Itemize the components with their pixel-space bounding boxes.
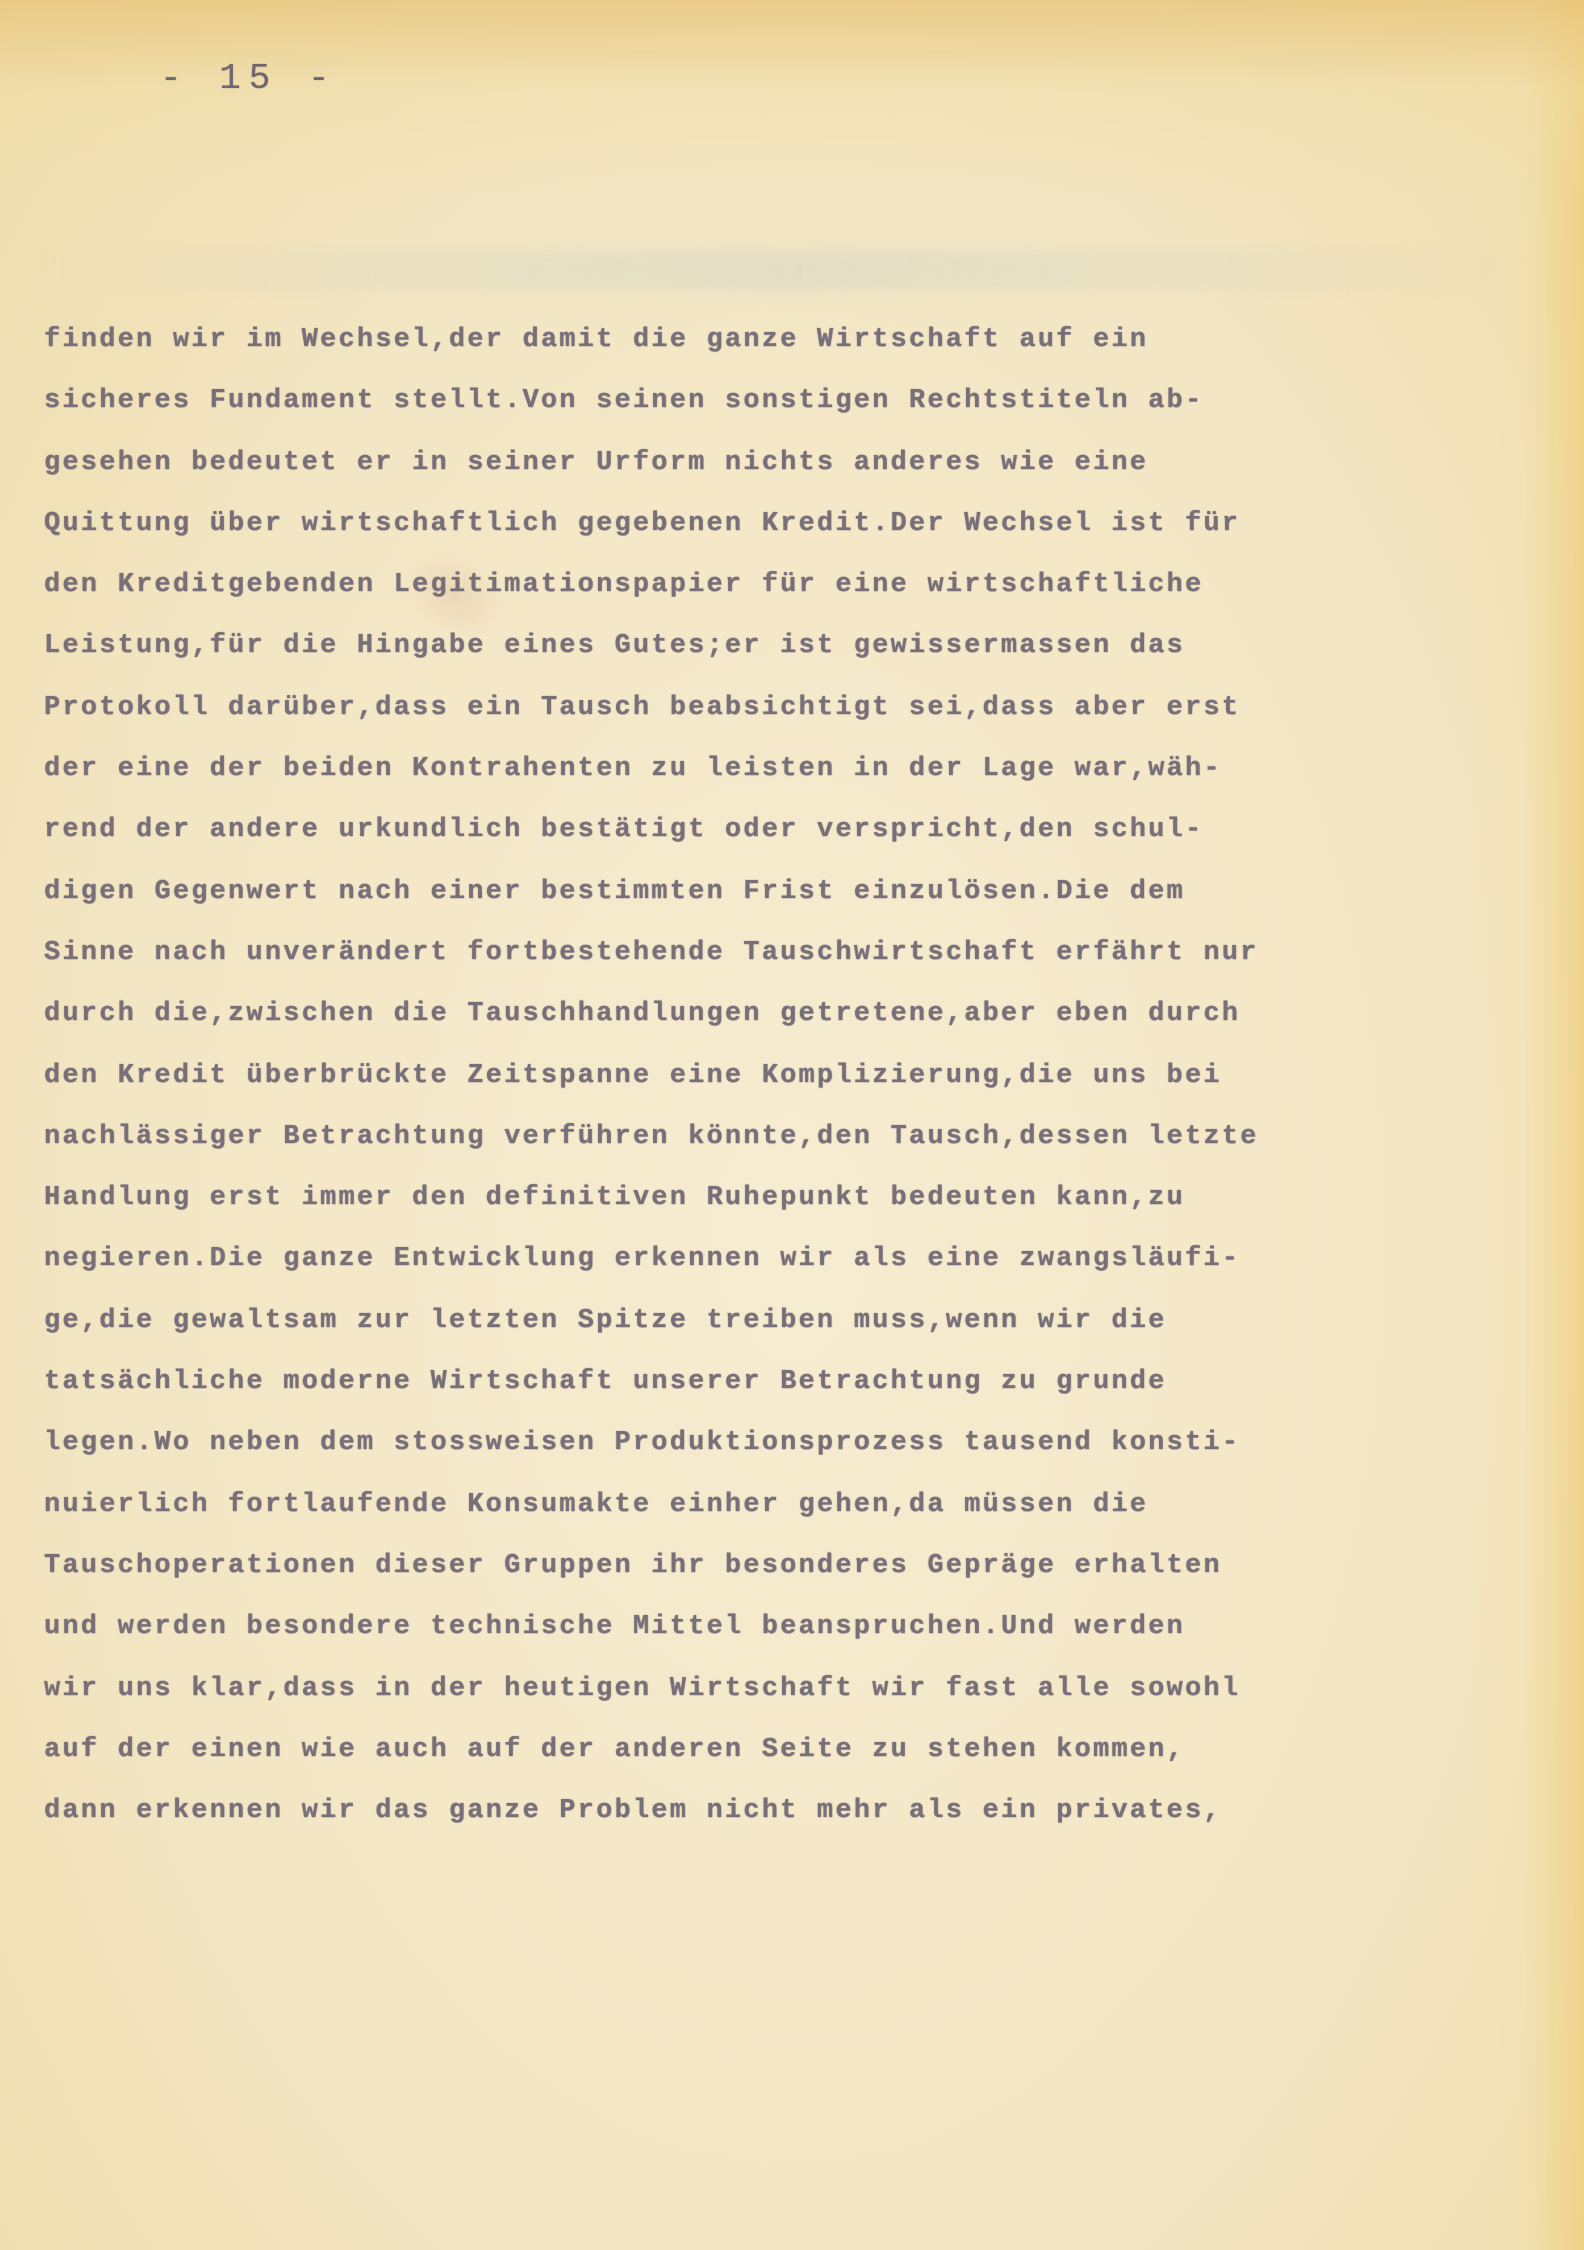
- show-through-band: [40, 250, 1540, 290]
- text-line: wir uns klar,dass in der heutigen Wirtsc…: [44, 1659, 1564, 1720]
- text-line: gesehen bedeutet er in seiner Urform nic…: [44, 433, 1564, 494]
- text-line: Sinne nach unverändert fortbestehende Ta…: [44, 923, 1564, 984]
- body-text: finden wir im Wechsel,der damit die ganz…: [44, 310, 1564, 1842]
- text-line: legen.Wo neben dem stossweisen Produktio…: [44, 1413, 1564, 1474]
- text-line: digen Gegenwert nach einer bestimmten Fr…: [44, 862, 1564, 923]
- text-line: Leistung,für die Hingabe eines Gutes;er …: [44, 616, 1564, 677]
- text-line: tatsächliche moderne Wirtschaft unserer …: [44, 1352, 1564, 1413]
- text-line: nachlässiger Betrachtung verführen könnt…: [44, 1107, 1564, 1168]
- text-line: durch die,zwischen die Tauschhandlungen …: [44, 984, 1564, 1045]
- text-line: rend der andere urkundlich bestätigt ode…: [44, 800, 1564, 861]
- text-line: Protokoll darüber,dass ein Tausch beabsi…: [44, 678, 1564, 739]
- text-line: und werden besondere technische Mittel b…: [44, 1597, 1564, 1658]
- typewritten-page: - 15 - finden wir im Wechsel,der damit d…: [0, 0, 1584, 2250]
- text-line: sicheres Fundament stellt.Von seinen son…: [44, 371, 1564, 432]
- text-line: Quittung über wirtschaftlich gegebenen K…: [44, 494, 1564, 555]
- text-line: finden wir im Wechsel,der damit die ganz…: [44, 310, 1564, 371]
- text-line: Tauschoperationen dieser Gruppen ihr bes…: [44, 1536, 1564, 1597]
- text-line: den Kreditgebenden Legitimationspapier f…: [44, 555, 1564, 616]
- text-line: dann erkennen wir das ganze Problem nich…: [44, 1781, 1564, 1842]
- text-line: auf der einen wie auch auf der anderen S…: [44, 1720, 1564, 1781]
- text-line: der eine der beiden Kontrahenten zu leis…: [44, 739, 1564, 800]
- text-line: negieren.Die ganze Entwicklung erkennen …: [44, 1229, 1564, 1290]
- text-line: ge,die gewaltsam zur letzten Spitze trei…: [44, 1291, 1564, 1352]
- text-line: nuierlich fortlaufende Konsumakte einher…: [44, 1475, 1564, 1536]
- text-line: Handlung erst immer den definitiven Ruhe…: [44, 1168, 1564, 1229]
- page-number: - 15 -: [160, 58, 460, 99]
- text-line: den Kredit überbrückte Zeitspanne eine K…: [44, 1046, 1564, 1107]
